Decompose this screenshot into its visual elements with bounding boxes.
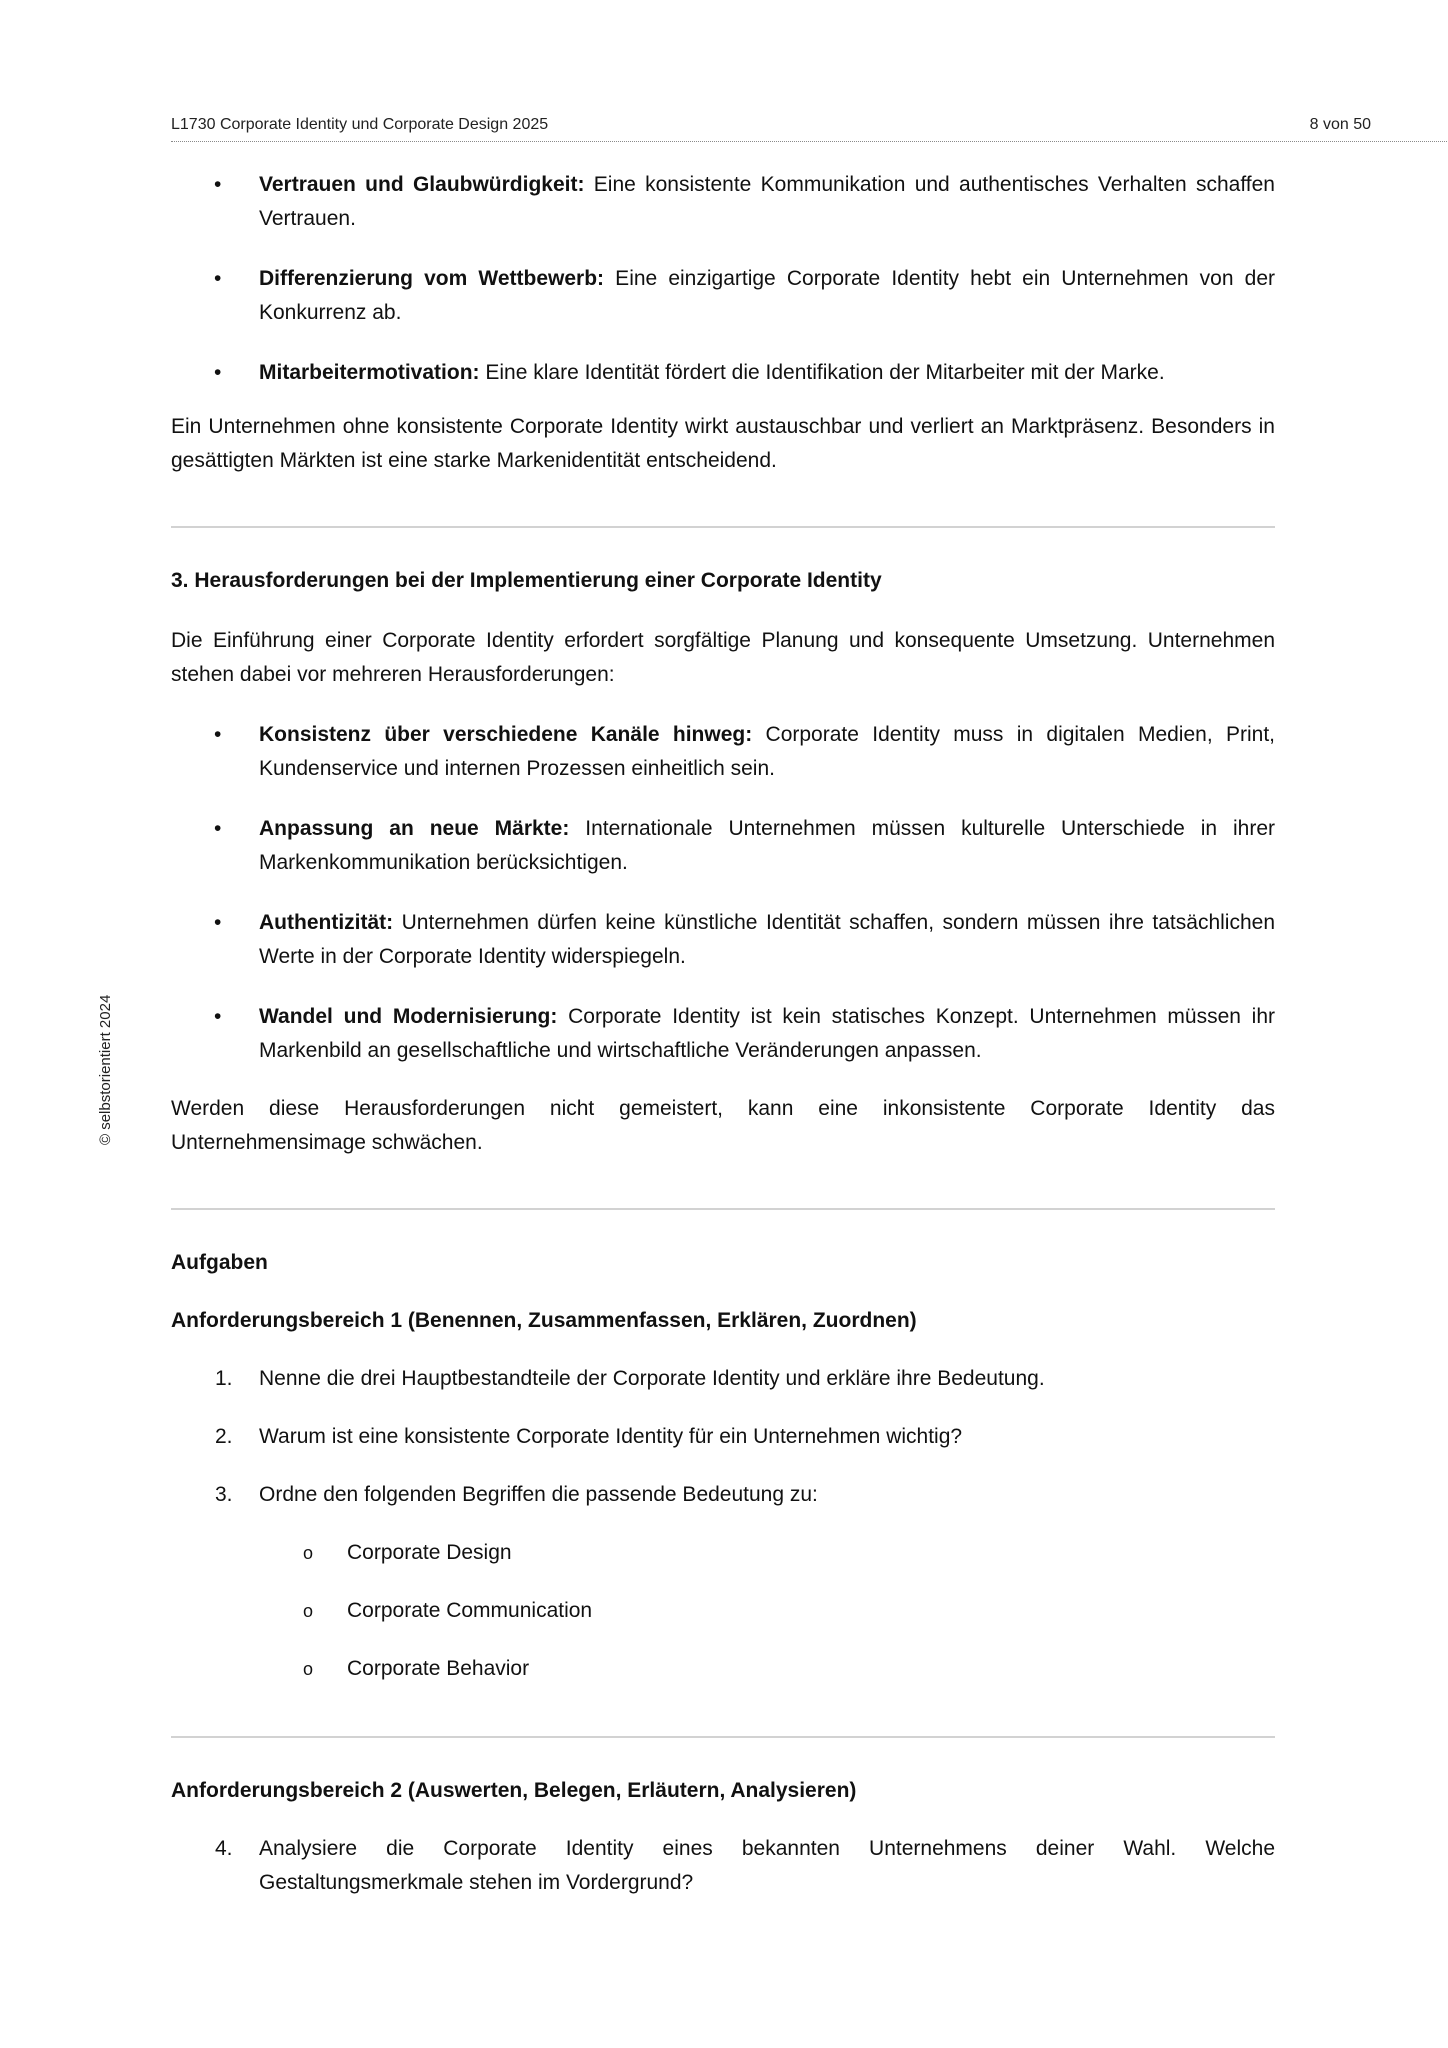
bullet-icon: • <box>214 356 221 390</box>
copyright-note: © selbstorientiert 2024 <box>97 995 114 1145</box>
list-item: • Mitarbeitermotivation: Eine klare Iden… <box>171 356 1275 390</box>
list-item: • Vertrauen und Glaubwürdigkeit: Eine ko… <box>171 168 1275 236</box>
sub-item-text: Corporate Communication <box>347 1599 592 1622</box>
bullet-term: Vertrauen und Glaubwürdigkeit: <box>259 173 584 196</box>
bullet-icon: • <box>214 906 221 940</box>
page-header: L1730 Corporate Identity und Corporate D… <box>171 115 1447 142</box>
list-item: • Anpassung an neue Märkte: Internationa… <box>171 812 1275 880</box>
divider <box>171 1736 1275 1738</box>
list-item: • Differenzierung vom Wettbewerb: Eine e… <box>171 262 1275 330</box>
sub-item-text: Corporate Behavior <box>347 1657 529 1680</box>
requirement-area-1-heading: Anforderungsbereich 1 (Benennen, Zusamme… <box>171 1304 1275 1338</box>
sub-list-item: o Corporate Behavior <box>171 1652 1275 1686</box>
task-text: Analysiere die Corporate Identity eines … <box>259 1837 1275 1894</box>
task-item: 2. Warum ist eine konsistente Corporate … <box>171 1420 1275 1454</box>
sub-list-item: o Corporate Design <box>171 1536 1275 1570</box>
bullet-text: Eine klare Identität fördert die Identif… <box>480 361 1165 384</box>
bullet-term: Anpassung an neue Märkte: <box>259 817 569 840</box>
requirement-area-2-heading: Anforderungsbereich 2 (Auswerten, Belege… <box>171 1774 1275 1808</box>
task-item: 1. Nenne die drei Hauptbestandteile der … <box>171 1362 1275 1396</box>
bullet-term: Authentizität: <box>259 911 393 934</box>
circle-bullet-icon: o <box>303 1594 313 1628</box>
task-number: 4. <box>215 1832 233 1866</box>
task-text: Ordne den folgenden Begriffen die passen… <box>259 1483 818 1506</box>
divider <box>171 1208 1275 1210</box>
task-number: 3. <box>215 1478 233 1512</box>
bullet-icon: • <box>214 168 221 202</box>
paragraph: Ein Unternehmen ohne konsistente Corpora… <box>171 410 1275 478</box>
task-text: Warum ist eine konsistente Corporate Ide… <box>259 1425 962 1448</box>
list-item: • Konsistenz über verschiedene Kanäle hi… <box>171 718 1275 786</box>
bullet-text: Unternehmen dürfen keine künstliche Iden… <box>259 911 1275 968</box>
task-item: 3. Ordne den folgenden Begriffen die pas… <box>171 1478 1275 1512</box>
bullet-term: Wandel und Modernisierung: <box>259 1005 557 1028</box>
paragraph: Die Einführung einer Corporate Identity … <box>171 624 1275 692</box>
bullet-term: Differenzierung vom Wettbewerb: <box>259 267 604 290</box>
page-number: 8 von 50 <box>1310 116 1371 134</box>
bullet-icon: • <box>214 718 221 752</box>
bullet-term: Mitarbeitermotivation: <box>259 361 480 384</box>
task-number: 2. <box>215 1420 233 1454</box>
circle-bullet-icon: o <box>303 1536 313 1570</box>
section-heading: 3. Herausforderungen bei der Implementie… <box>171 564 1275 598</box>
bullet-icon: • <box>214 262 221 296</box>
tasks-heading: Aufgaben <box>171 1246 1275 1280</box>
sub-item-text: Corporate Design <box>347 1541 512 1564</box>
task-number: 1. <box>215 1362 233 1396</box>
page-body: • Vertrauen und Glaubwürdigkeit: Eine ko… <box>171 168 1275 1900</box>
bullet-icon: • <box>214 1000 221 1034</box>
task-item: 4. Analysiere die Corporate Identity ein… <box>171 1832 1275 1900</box>
list-item: • Authentizität: Unternehmen dürfen kein… <box>171 906 1275 974</box>
bullet-term: Konsistenz über verschiedene Kanäle hinw… <box>259 723 752 746</box>
paragraph: Werden diese Herausforderungen nicht gem… <box>171 1092 1275 1160</box>
sub-list-item: o Corporate Communication <box>171 1594 1275 1628</box>
circle-bullet-icon: o <box>303 1652 313 1686</box>
document-title: L1730 Corporate Identity und Corporate D… <box>171 116 548 134</box>
bullet-icon: • <box>214 812 221 846</box>
divider <box>171 526 1275 528</box>
list-item: • Wandel und Modernisierung: Corporate I… <box>171 1000 1275 1068</box>
task-text: Nenne die drei Hauptbestandteile der Cor… <box>259 1367 1045 1390</box>
